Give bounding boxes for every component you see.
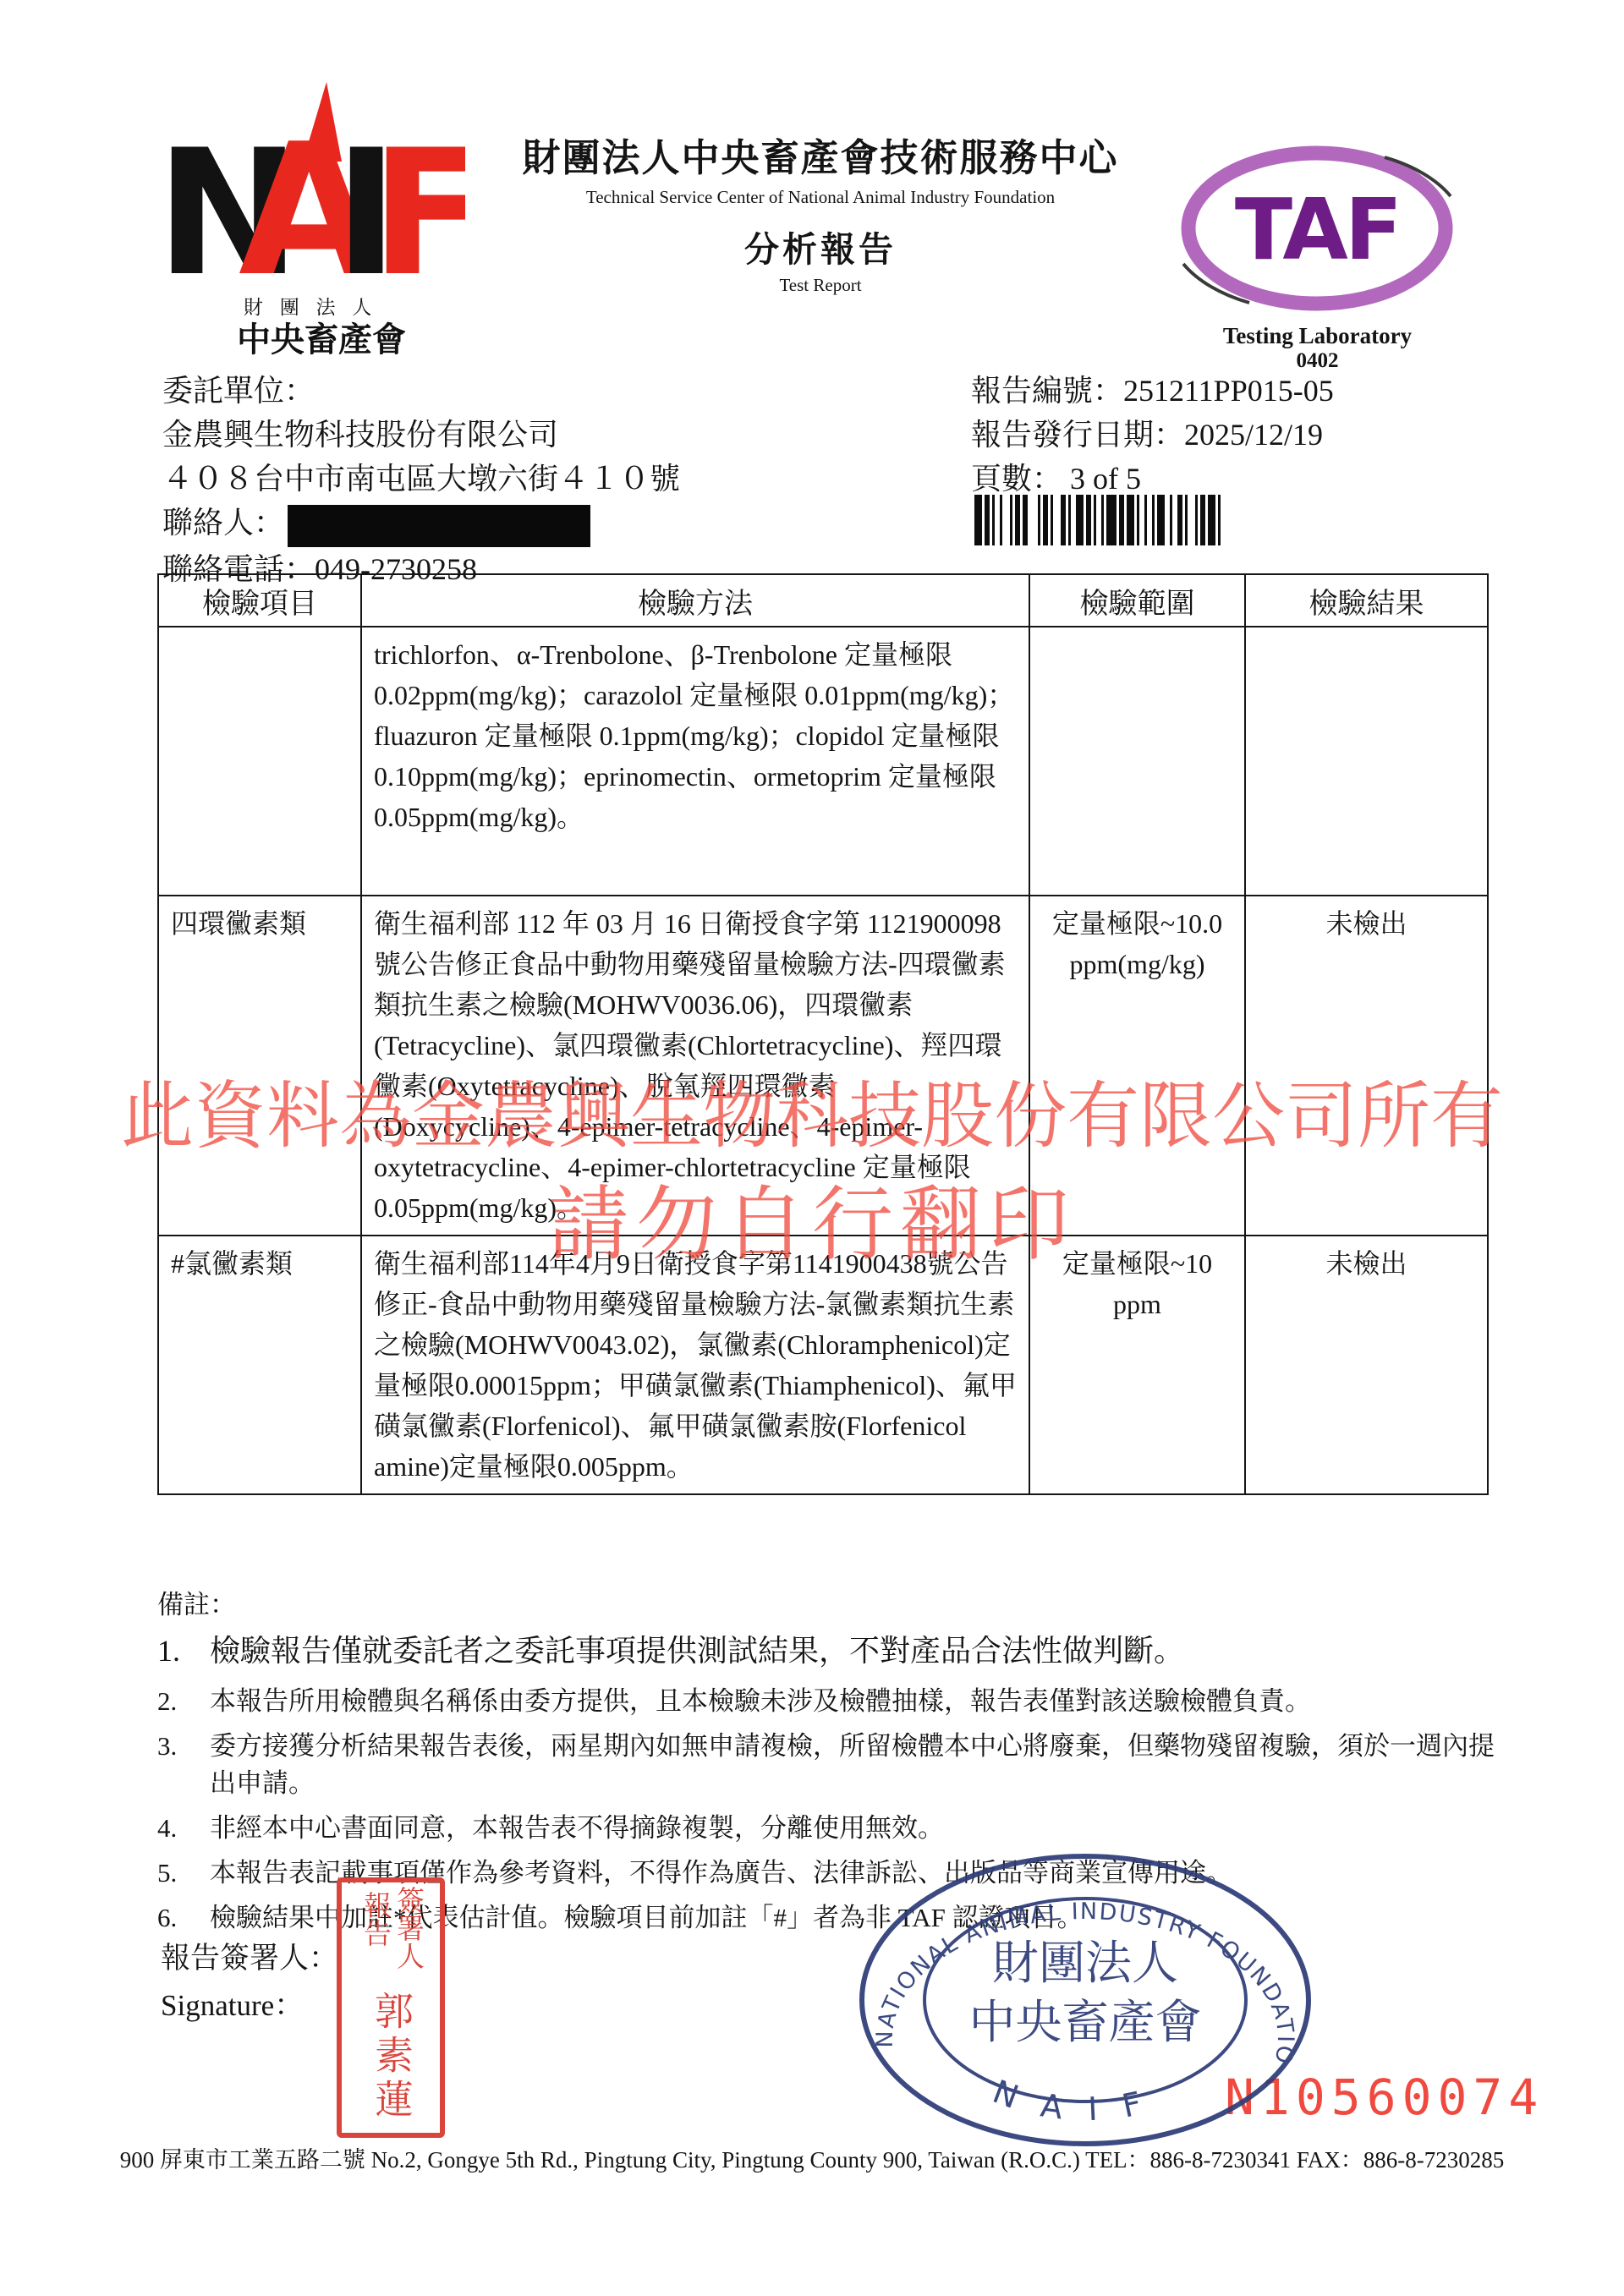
note-item: 2. 本報告所用檢體與名稱係由委方提供，且本檢驗未涉及檢體抽樣，報告表僅對該送驗…: [157, 1683, 1511, 1720]
cell-item: [158, 627, 361, 896]
table-header-row: 檢驗項目 檢驗方法 檢驗範圍 檢驗結果: [158, 574, 1488, 627]
report-pages-value: 3 of 5: [1070, 462, 1141, 496]
cell-method: trichlorfon、α-Trenbolone、β-Trenbolone 定量…: [361, 627, 1029, 896]
notes-label: 備註：: [157, 1583, 1511, 1621]
signer-label-en: Signature：: [161, 1982, 338, 2030]
table-row: #氯黴素類 衛生福利部114年4月9日衛授食字第1141900438號公告修正-…: [158, 1236, 1488, 1494]
title-block: 財團法人中央畜產會技術服務中心 Technical Service Center…: [461, 127, 1180, 296]
col-header-range: 檢驗範圍: [1029, 574, 1245, 627]
report-title: 分析報告: [461, 222, 1180, 271]
report-pages-label: 頁數：: [971, 462, 1062, 496]
note-text: 檢驗報告僅就委託者之委託事項提供測試結果，不對產品合法性做判斷。: [210, 1634, 1184, 1668]
note-text: 委方接獲分析結果報告表後，兩星期內如無申請複檢，所留檢體本中心將廢棄，但藥物殘留…: [210, 1731, 1495, 1798]
note-item: 4. 非經本中心書面同意，本報告表不得摘錄複製，分離使用無效。: [157, 1810, 1511, 1847]
note-number: 2.: [157, 1683, 177, 1720]
report-number-label: 報告編號：: [971, 374, 1123, 408]
table-row: trichlorfon、α-Trenbolone、β-Trenbolone 定量…: [158, 627, 1488, 896]
signature-block: 報告簽署人： Signature：: [161, 1935, 338, 2030]
naif-letter-f: F: [370, 113, 465, 315]
report-barcode: [974, 495, 1338, 545]
svg-text:N A I F: N A I F: [988, 2073, 1153, 2128]
cell-method: 衛生福利部114年4月9日衛授食字第1141900438號公告修正-食品中動物用…: [361, 1236, 1029, 1494]
signer-stamp-title-left: 報告: [360, 1891, 388, 1979]
note-number: 4.: [157, 1810, 177, 1847]
note-number: 6.: [157, 1899, 177, 1937]
foundation-round-stamp: NATIONAL ANIMAL INDUSTRY FOUNDATION N A …: [846, 1845, 1325, 2155]
signer-stamp-name: 郭素蓮: [363, 1991, 419, 2123]
col-header-item: 檢驗項目: [158, 574, 361, 627]
naif-logo: N A I F 財 團 法 人 中央畜產會: [161, 80, 465, 372]
contact-redaction-box: [288, 505, 590, 547]
taf-accreditation-mark: TAF Testing Laboratory 0402: [1171, 144, 1463, 373]
cell-range: 定量極限~10.0 ppm(mg/kg): [1029, 896, 1245, 1236]
taf-letters: TAF: [1235, 180, 1399, 279]
report-meta-block: 報告編號：251211PP015-05 報告發行日期：2025/12/19 頁數…: [971, 369, 1334, 501]
cell-result: 未檢出: [1245, 1236, 1488, 1494]
cell-result: 未檢出: [1245, 896, 1488, 1236]
org-title: 財團法人中央畜產會技術服務中心: [461, 127, 1180, 182]
cell-item: 四環黴素類: [158, 896, 361, 1236]
signer-stamp-title-right: 簽署人: [393, 1886, 421, 1989]
col-header-result: 檢驗結果: [1245, 574, 1488, 627]
naif-big-text: 中央畜產會: [237, 321, 406, 359]
note-item: 3. 委方接獲分析結果報告表後，兩星期內如無申請複檢，所留檢體本中心將廢棄，但藥…: [157, 1728, 1511, 1802]
note-item: 1. 檢驗報告僅就委託者之委託事項提供測試結果，不對產品合法性做判斷。: [157, 1630, 1511, 1673]
report-date-value: 2025/12/19: [1184, 418, 1323, 452]
report-subtitle: Test Report: [461, 275, 1180, 296]
report-date-label: 報告發行日期：: [971, 418, 1184, 452]
client-label: 委託單位：: [162, 369, 680, 413]
stamp-center-line2: 中央畜產會: [968, 1997, 1201, 2048]
client-block: 委託單位： 金農興生物科技股份有限公司 ４０８台中市南屯區大墩六街４１０號 聯絡…: [162, 369, 680, 591]
client-name: 金農興生物科技股份有限公司: [162, 413, 680, 457]
test-results-table: 檢驗項目 檢驗方法 檢驗範圍 檢驗結果 trichlorfon、α-Trenbo…: [157, 573, 1489, 1495]
naif-logo-graphic: N A I F 財 團 法 人 中央畜產會: [161, 80, 465, 372]
stamp-arc-bottom-text: N A I F: [988, 2073, 1153, 2128]
note-number: 3.: [157, 1728, 177, 1765]
signer-stamp-title: 報告 簽署人: [360, 1886, 421, 1989]
naif-small-text: 財 團 法 人: [244, 297, 377, 318]
cell-result: [1245, 627, 1488, 896]
note-number: 5.: [157, 1855, 177, 1892]
client-address: ４０８台中市南屯區大墩六街４１０號: [162, 457, 680, 501]
note-text: 非經本中心書面同意，本報告表不得摘錄複製，分離使用無效。: [210, 1813, 944, 1843]
stamp-center-line1: 財團法人: [992, 1937, 1178, 1989]
taf-caption-lab: Testing Laboratory: [1171, 323, 1463, 349]
note-text: 本報告所用檢體與名稱係由委方提供，且本檢驗未涉及檢體抽樣，報告表僅對該送驗檢體負…: [210, 1686, 1311, 1716]
col-header-method: 檢驗方法: [361, 574, 1029, 627]
taf-logo-graphic: TAF: [1171, 144, 1463, 317]
footer-address: 900 屏東市工業五路二號 No.2, Gongye 5th Rd., Ping…: [0, 2141, 1624, 2174]
report-date-line: 報告發行日期：2025/12/19: [971, 413, 1334, 457]
table-row: 四環黴素類 衛生福利部 112 年 03 月 16 日衛授食字第 1121900…: [158, 896, 1488, 1236]
test-report-page: N A I F 財 團 法 人 中央畜產會 財團法人中央畜產會技術服務中心 Te…: [0, 0, 1624, 2296]
contact-label: 聯絡人：: [162, 506, 284, 540]
cell-method: 衛生福利部 112 年 03 月 16 日衛授食字第 1121900098 號公…: [361, 896, 1029, 1236]
org-subtitle: Technical Service Center of National Ani…: [461, 187, 1180, 208]
signer-red-stamp: 報告 簽署人 郭素蓮: [337, 1877, 445, 2138]
signer-label-zh: 報告簽署人：: [161, 1935, 338, 1982]
client-contact-line: 聯絡人：: [162, 501, 680, 547]
report-number-value: 251211PP015-05: [1123, 374, 1334, 408]
report-number-line: 報告編號：251211PP015-05: [971, 369, 1334, 413]
cell-range: 定量極限~10 ppm: [1029, 1236, 1245, 1494]
cell-range: [1029, 627, 1245, 896]
note-number: 1.: [157, 1630, 180, 1673]
cell-item: #氯黴素類: [158, 1236, 361, 1494]
foundation-stamp-graphic: NATIONAL ANIMAL INDUSTRY FOUNDATION N A …: [846, 1845, 1325, 2155]
